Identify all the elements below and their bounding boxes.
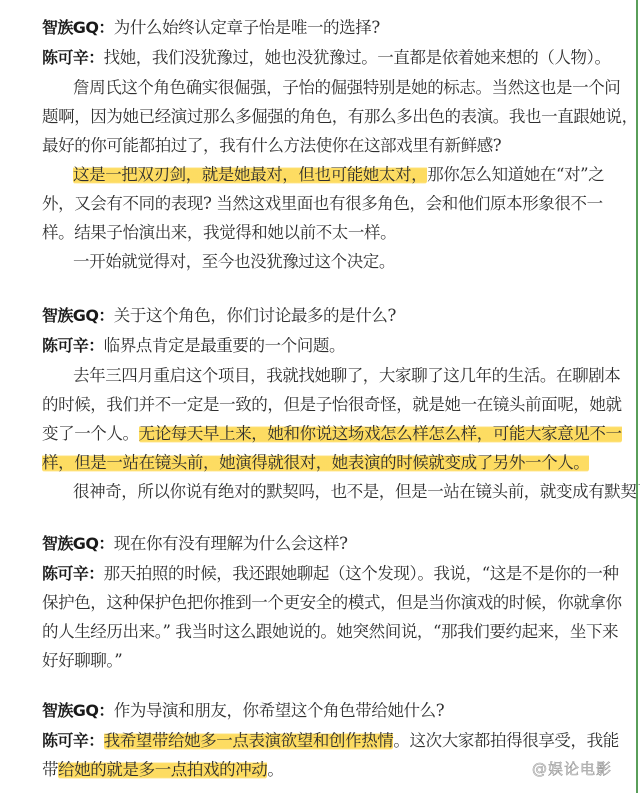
- paragraph-line: 保护色，这种保护色把你推到一个更安全的模式，但是当你演戏的时候，你就拿你: [42, 589, 622, 617]
- paragraph-line: 好好聊聊。”: [42, 647, 122, 675]
- paragraph-line: 詹周氏这个角色确实很倔强，子怡的倔强特别是她的标志。当然这也是一个问: [42, 74, 620, 102]
- interviewer-label: 智族GQ：: [42, 306, 114, 325]
- question-1: 智族GQ：为什么始终认定章子怡是唯一的选择?: [42, 14, 380, 42]
- paragraph-line: 很神奇，所以你说有绝对的默契吗，也不是，但是一站在镜头前，就变成有默契了。: [42, 478, 640, 506]
- paragraph-line: 题啊，因为她已经演过那么多倔强的角色，有那么多出色的表演。我也一直跟她说，: [42, 103, 638, 131]
- paragraph-line: 样，但是一站在镜头前，她演得就很对，她表演的时候就变成了另外一个人。: [42, 449, 589, 477]
- watermark: @娱论电影: [532, 758, 612, 779]
- highlighted-text: 我希望带给她多一点表演欲望和创作热情: [104, 731, 394, 750]
- interviewer-label: 智族GQ：: [42, 701, 114, 720]
- paragraph-line: 这是一把双刃剑，就是她最对，但也可能她太对，那你怎么知道她在“对”之: [42, 161, 604, 189]
- interviewee-label: 陈可辛：: [42, 564, 104, 583]
- paragraph-line: 的时候，我们并不一定是一致的，但是子怡很奇怪，就是她一在镜头前面呢，她就: [42, 391, 622, 419]
- answer-2: 陈可辛：临界点肯定是最重要的一个问题。: [42, 332, 345, 360]
- answer-3: 陈可辛：那天拍照的时候，我还跟她聊起（这个发现）。我说，“这是不是你的一种: [42, 560, 619, 588]
- interviewee-label: 陈可辛：: [42, 731, 104, 750]
- interviewee-label: 陈可辛：: [42, 48, 104, 67]
- question-4: 智族GQ：作为导演和朋友，你希望这个角色带给她什么?: [42, 697, 444, 725]
- answer-4: 陈可辛：我希望带给她多一点表演欲望和创作热情。这次大家都拍得很享受，我能: [42, 727, 619, 755]
- paragraph-line: 外，又会有不同的表现? 当然这戏里面也有很多角色，会和他们原本形象很不一: [42, 190, 603, 218]
- interviewee-label: 陈可辛：: [42, 336, 104, 355]
- paragraph-line: 变了一个人。无论每天早上来，她和你说这场戏怎么样怎么样，可能大家意见不一: [42, 420, 622, 448]
- paragraph-line: 去年三四月重启这个项目，我就找她聊了，大家聊了这几年的生活。在聊剧本: [42, 362, 620, 390]
- interviewer-label: 智族GQ：: [42, 18, 114, 37]
- question-2: 智族GQ：关于这个角色，你们讨论最多的是什么?: [42, 302, 396, 330]
- highlighted-text: 无论每天早上来，她和你说这场戏怎么样怎么样，可能大家意见不一: [139, 424, 622, 443]
- paragraph-line: 的人生经历出来。” 我当时这么跟她说的。她突然间说，“那我们要约起来，坐下来: [42, 618, 618, 646]
- answer-1: 陈可辛：找她，我们没犹豫过，她也没犹豫过。一直都是依着她来想的（人物）。: [42, 44, 611, 72]
- paragraph-line: 样。结果子怡演出来，我觉得和她以前不太一样。: [42, 219, 396, 247]
- highlighted-text: 这是一把双刃剑，就是她最对，但也可能她太对，: [73, 165, 427, 184]
- paragraph-line: 带给她的就是多一点拍戏的冲动。: [42, 756, 284, 784]
- highlighted-text: 样，但是一站在镜头前，她演得就很对，她表演的时候就变成了另外一个人。: [42, 453, 589, 472]
- question-3: 智族GQ：现在你有没有理解为什么会这样?: [42, 530, 348, 558]
- interviewer-label: 智族GQ：: [42, 534, 114, 553]
- highlighted-text: 给她的就是多一点拍戏的冲动: [58, 760, 267, 779]
- paragraph-line: 最好的你可能都拍过了，我有什么方法使你在这部戏里有新鲜感?: [42, 132, 501, 160]
- paragraph-line: 一开始就觉得对，至今也没犹豫过这个决定。: [42, 248, 395, 276]
